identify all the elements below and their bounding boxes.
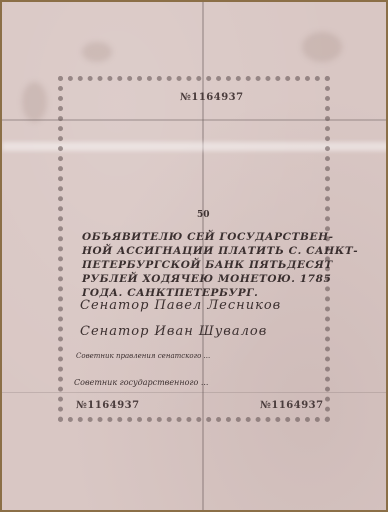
serial-number-top: №1164937	[180, 92, 244, 103]
signature-2: Сенатор Иван Шувалов	[80, 324, 267, 339]
text-line: рублей ходячею монетою. 1785	[82, 272, 344, 286]
text-line: Объявителю сей государствен-	[82, 230, 344, 244]
text-line: ной ассигнации платить С. Санкт-	[82, 244, 344, 258]
text-line: петербургской банк пятьдесят	[82, 258, 344, 272]
signature-3: Советник правления сенатского ...	[76, 352, 210, 360]
signature-4: Советник государственного ...	[74, 378, 208, 387]
note-text: Объявителю сей государствен- ной ассигна…	[82, 230, 344, 300]
stain	[302, 32, 342, 62]
stain	[22, 82, 47, 122]
signature-1: Сенатор Павел Лесников	[80, 298, 281, 313]
serial-number-bottom-left: №1164937	[76, 400, 140, 411]
banknote-photo: №1164937 50 Объявителю сей государствен-…	[0, 0, 388, 512]
serial-number-bottom-right: №1164937	[260, 400, 324, 411]
stain	[82, 42, 112, 62]
denomination: 50	[197, 210, 210, 220]
